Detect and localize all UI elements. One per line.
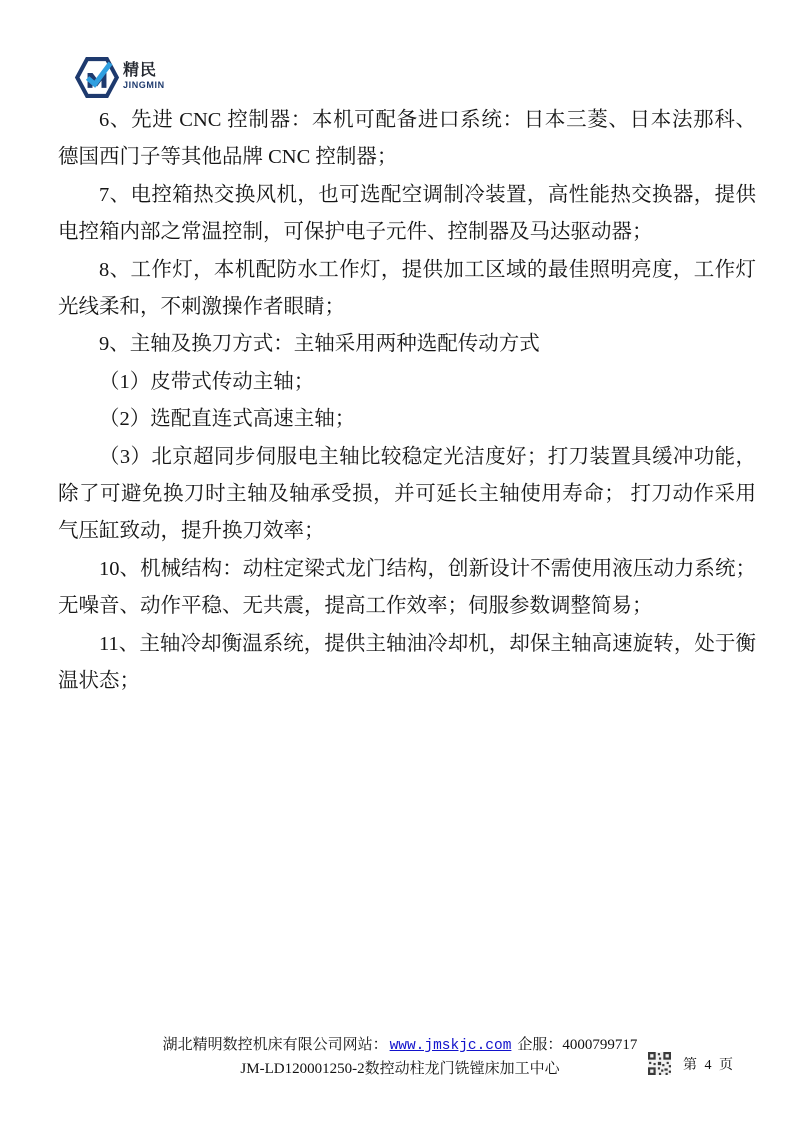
feature-item-9-sub-1: （1）皮带式传动主轴； <box>58 364 756 401</box>
feature-item-11: 11、主轴冷却衡温系统，提供主轴油冷却机，却保主轴高速旋转，处于衡温状态； <box>58 626 756 701</box>
document-body: 6、先进 CNC 控制器：本机可配备进口系统：日本三菱、日本法那科、德国西门子等… <box>58 102 756 701</box>
feature-item-10: 10、机械结构：动柱定梁式龙门结构，创新设计不需使用液压动力系统；无噪音、动作平… <box>58 551 756 626</box>
document-page: 精民 JINGMIN 6、先进 CNC 控制器：本机可配备进口系统：日本三菱、日… <box>0 0 800 1133</box>
feature-item-9: 9、主轴及换刀方式：主轴采用两种选配传动方式 <box>58 326 756 363</box>
footer-company-text: 湖北精明数控机床有限公司网站： <box>163 1037 388 1053</box>
company-logo: 精民 JINGMIN <box>74 55 165 100</box>
feature-item-7: 7、电控箱热交换风机，也可选配空调制冷装置，高性能热交换器，提供电控箱内部之常温… <box>58 177 756 252</box>
logo-wordmark: 精民 JINGMIN <box>123 63 165 90</box>
feature-item-6: 6、先进 CNC 控制器：本机可配备进口系统：日本三菱、日本法那科、德国西门子等… <box>58 102 756 177</box>
footer-service-text: 企服：4000799717 <box>517 1037 637 1053</box>
feature-item-9-sub-2: （2）选配直连式高速主轴； <box>58 401 756 438</box>
page-stamp: 第 4 页 <box>648 1052 735 1075</box>
website-link[interactable]: www.jmskjc.com <box>390 1038 512 1054</box>
qr-stamp-icon <box>648 1052 671 1075</box>
feature-item-9-sub-3: （3）北京超同步伺服电主轴比较稳定光洁度好；打刀装置具缓冲功能，除了可避免换刀时… <box>58 439 756 551</box>
feature-item-8: 8、工作灯，本机配防水工作灯，提供加工区域的最佳照明亮度，工作灯光线柔和，不刺激… <box>58 252 756 327</box>
page-number: 第 4 页 <box>683 1054 735 1074</box>
logo-name-english: JINGMIN <box>123 81 165 90</box>
jingmin-hexagon-logo-icon <box>74 55 120 100</box>
logo-name-chinese: 精民 <box>123 63 165 79</box>
